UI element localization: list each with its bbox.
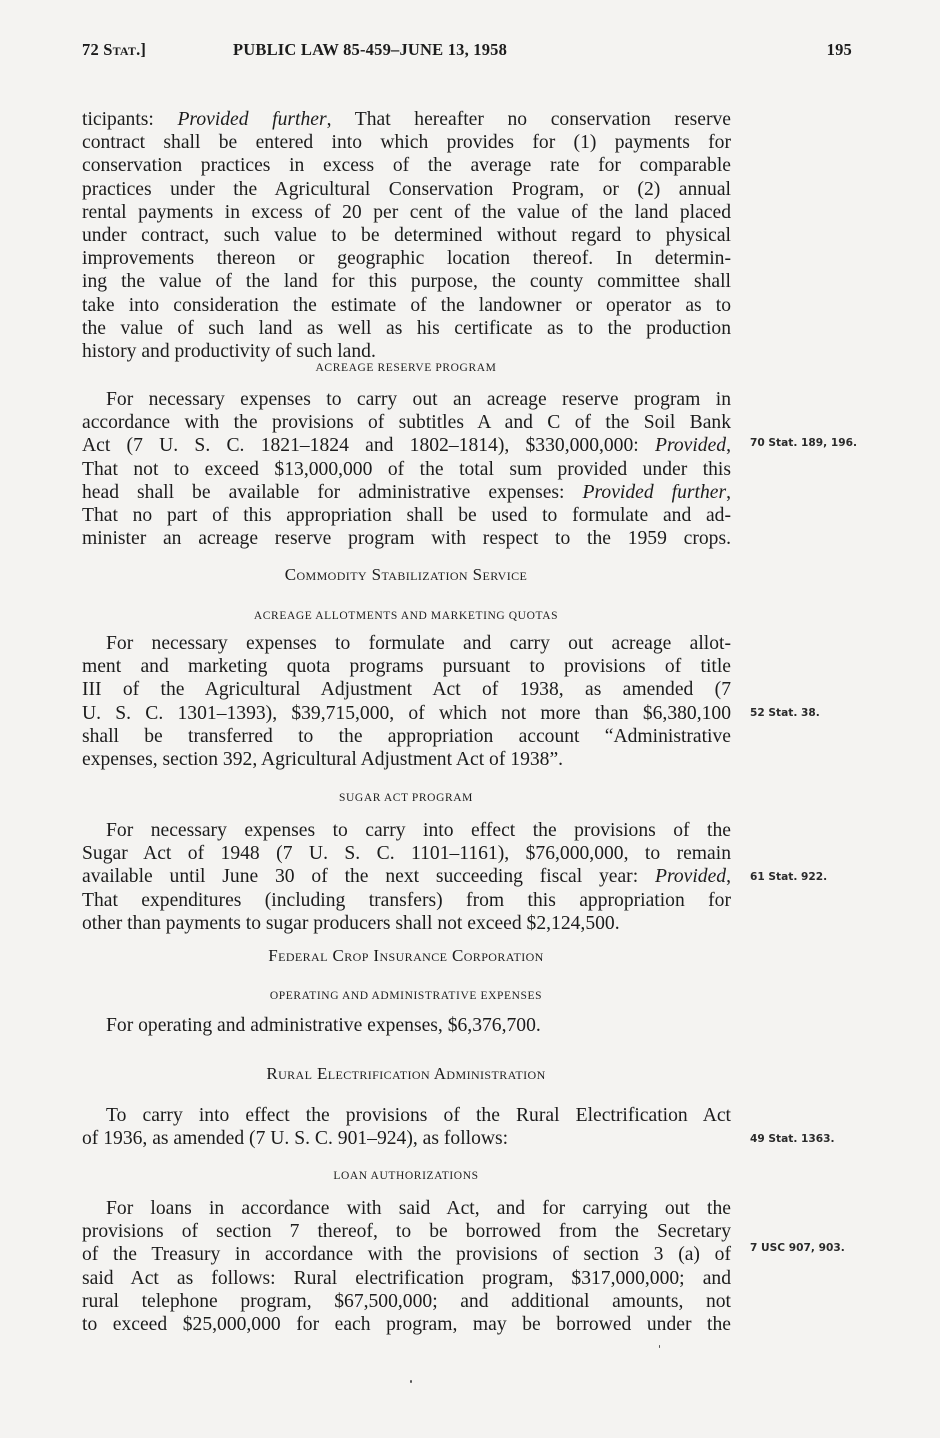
italic-proviso: Provided further	[177, 109, 326, 130]
text-line: minister an acreage reserve program with…	[82, 527, 731, 550]
text-line: practices under the Agricultural Conserv…	[82, 178, 731, 201]
text-line: under contract, such value to be determi…	[82, 224, 731, 247]
volume-suffix: Stat.]	[103, 40, 146, 59]
text-run: , That hereafter no conservation reserve	[327, 109, 731, 130]
law-title: PUBLIC LAW 85-459–JUNE 13, 1958	[233, 40, 507, 60]
margin-citation: 7 USC 907, 903.	[750, 1242, 845, 1254]
text-run: ,	[726, 482, 731, 503]
text-line: to exceed $25,000,000 for each program, …	[82, 1313, 731, 1336]
text-line: For loans in accordance with said Act, a…	[82, 1197, 731, 1220]
agency-heading-rural-electrification: Rural Electrification Administration	[82, 1064, 730, 1084]
section-heading-allotments-quotas: ACREAGE ALLOTMENTS AND MARKETING QUOTAS	[82, 610, 730, 622]
text-line: III of the Agricultural Adjustment Act o…	[82, 678, 731, 701]
agency-heading-crop-insurance: Federal Crop Insurance Corporation	[82, 946, 730, 966]
text-line: contract shall be entered into which pro…	[82, 131, 731, 154]
volume-citation: 72 Stat.]	[82, 40, 146, 60]
text-line: That no part of this appropriation shall…	[82, 504, 731, 527]
text-line: conservation practices in excess of the …	[82, 154, 731, 177]
text-line: That not to exceed $13,000,000 of the to…	[82, 458, 731, 481]
text-line: said Act as follows: Rural electrificati…	[82, 1267, 731, 1290]
section-heading-operating-expenses: OPERATING AND ADMINISTRATIVE EXPENSES	[82, 990, 730, 1002]
section-heading-acreage-reserve: ACREAGE RESERVE PROGRAM	[82, 362, 730, 374]
text-line: rural telephone program, $67,500,000; an…	[82, 1290, 731, 1313]
italic-proviso: Provided	[655, 435, 726, 456]
scan-speck	[659, 1345, 660, 1348]
volume-number: 72	[82, 40, 99, 59]
text-line: head shall be available for administrati…	[82, 481, 731, 504]
margin-citation: 52 Stat. 38.	[750, 707, 820, 719]
text-line: of 1936, as amended (7 U. S. C. 901–924)…	[82, 1127, 731, 1150]
crop-insurance-paragraph: For operating and administrative expense…	[82, 1014, 731, 1037]
text-line: accordance with the provisions of subtit…	[82, 411, 731, 434]
text-line: shall be transferred to the appropriatio…	[82, 725, 731, 748]
text-run: available until June 30 of the next succ…	[82, 866, 655, 887]
text-line: expenses, section 392, Agricultural Adju…	[82, 748, 731, 771]
text-line: ticipants: Provided further, That hereaf…	[82, 108, 731, 131]
text-line: Sugar Act of 1948 (7 U. S. C. 1101–1161)…	[82, 842, 731, 865]
text-line: take into consideration the estimate of …	[82, 294, 731, 317]
text-line: For necessary expenses to formulate and …	[82, 632, 731, 655]
text-line: history and productivity of such land.	[82, 340, 731, 363]
statute-page: 72 Stat.] PUBLIC LAW 85-459–JUNE 13, 195…	[0, 0, 940, 1438]
text-line: other than payments to sugar producers s…	[82, 912, 731, 935]
text-line: U. S. C. 1301–1393), $39,715,000, of whi…	[82, 702, 731, 725]
text-line: of the Treasury in accordance with the p…	[82, 1243, 731, 1266]
italic-proviso: Provided further	[583, 482, 727, 503]
intro-paragraph: ticipants: Provided further, That hereaf…	[82, 108, 731, 363]
rural-electrification-paragraph: To carry into effect the provisions of t…	[82, 1104, 731, 1150]
allotments-paragraph: For necessary expenses to formulate and …	[82, 632, 731, 771]
margin-citation: 61 Stat. 922.	[750, 871, 827, 883]
text-line: provisions of section 7 thereof, to be b…	[82, 1220, 731, 1243]
text-line: ment and marketing quota programs pursua…	[82, 655, 731, 678]
text-line: For operating and administrative expense…	[82, 1014, 731, 1037]
page-number: 195	[827, 40, 852, 60]
text-line: improvements thereon or geographic locat…	[82, 247, 731, 270]
loan-authorizations-paragraph: For loans in accordance with said Act, a…	[82, 1197, 731, 1336]
scan-speck	[410, 1380, 412, 1383]
text-line: For necessary expenses to carry out an a…	[82, 388, 731, 411]
text-line: available until June 30 of the next succ…	[82, 865, 731, 888]
italic-proviso: Provided	[655, 866, 726, 887]
text-run: head shall be available for administrati…	[82, 482, 583, 503]
text-run: ticipants:	[82, 109, 177, 130]
text-line: rental payments in excess of 20 per cent…	[82, 201, 731, 224]
margin-citation: 70 Stat. 189, 196.	[750, 437, 857, 449]
text-run: Act (7 U. S. C. 1821–1824 and 1802–1814)…	[82, 435, 655, 456]
text-line: the value of such land as well as his ce…	[82, 317, 731, 340]
acreage-reserve-paragraph: For necessary expenses to carry out an a…	[82, 388, 731, 550]
running-head: 72 Stat.] PUBLIC LAW 85-459–JUNE 13, 195…	[82, 40, 852, 64]
margin-citation: 49 Stat. 1363.	[750, 1133, 835, 1145]
agency-heading-commodity-stabilization: Commodity Stabilization Service	[82, 565, 730, 585]
text-line: That expenditures (including transfers) …	[82, 889, 731, 912]
text-run: ,	[726, 866, 731, 887]
text-line: Act (7 U. S. C. 1821–1824 and 1802–1814)…	[82, 434, 731, 457]
text-line: ing the value of the land for this purpo…	[82, 270, 731, 293]
text-line: For necessary expenses to carry into eff…	[82, 819, 731, 842]
text-run: ,	[726, 435, 731, 456]
section-heading-sugar-act: SUGAR ACT PROGRAM	[82, 792, 730, 804]
sugar-act-paragraph: For necessary expenses to carry into eff…	[82, 819, 731, 935]
text-line: To carry into effect the provisions of t…	[82, 1104, 731, 1127]
section-heading-loan-authorizations: LOAN AUTHORIZATIONS	[82, 1170, 730, 1182]
